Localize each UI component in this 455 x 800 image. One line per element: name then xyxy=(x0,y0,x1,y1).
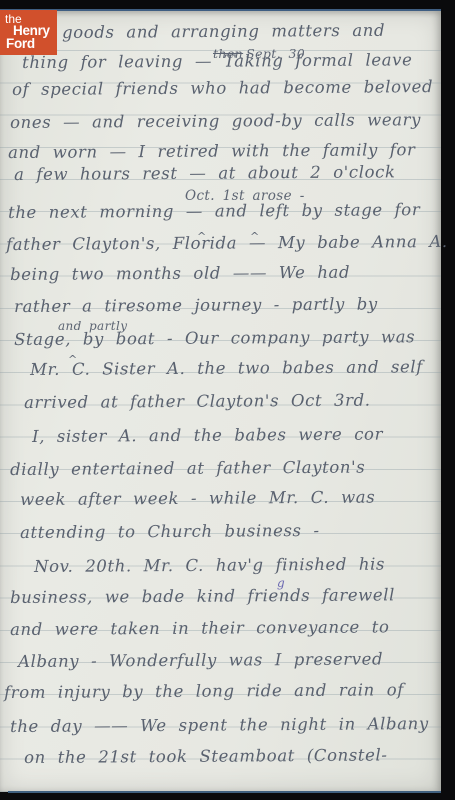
insertion-text: Oct. 1st arose - xyxy=(185,188,305,204)
insertion-text: and partly xyxy=(58,319,127,333)
journal-page: goods and arranging matters and thing fo… xyxy=(0,9,441,792)
manuscript-insertion-date: thenSept. 30 xyxy=(213,48,305,61)
manuscript-insertion-oct1: Oct. 1st arose - xyxy=(185,190,305,204)
manuscript-line: from injury by the long ride and rain of xyxy=(4,682,404,701)
manuscript-line: Nov. 20th. Mr. C. hav'g finished his xyxy=(34,557,385,576)
manuscript-line: and worn — I retired with the family for xyxy=(8,142,416,161)
manuscript-line: being two months old —— We had xyxy=(10,265,350,284)
manuscript-line: on the 21st took Steamboat (Constel- xyxy=(24,747,388,766)
manuscript-line: the next morning — and left by stage for xyxy=(8,202,420,221)
henry-ford-logo: the Henry Ford xyxy=(0,10,57,55)
logo-text-ford: Ford xyxy=(6,36,35,51)
manuscript-line: father Clayton's, Florida — My babe Anna… xyxy=(6,234,448,254)
manuscript-line: business, we bade kind friends farewell xyxy=(10,587,395,606)
manuscript-line: attending to Church business - xyxy=(20,523,320,542)
page-bottom-edge xyxy=(8,791,441,793)
manuscript-line: of special friends who had become belove… xyxy=(12,79,433,98)
manuscript-line: Albany - Wonderfully was I preserved xyxy=(18,651,383,670)
manuscript-line: and were taken in their conveyance to xyxy=(10,619,390,638)
manuscript-line: a few hours rest — at about 2 o'clock xyxy=(14,164,396,183)
struck-word: then xyxy=(213,46,243,61)
manuscript-line: goods and arranging matters and xyxy=(62,23,385,42)
caret-mark: ^ xyxy=(197,231,206,242)
manuscript-insertion-andpartly: and partly xyxy=(58,320,127,332)
manuscript-line: rather a tiresome journey - partly by xyxy=(14,296,378,315)
manuscript-line: arrived at father Clayton's Oct 3rd. xyxy=(24,393,371,412)
manuscript-line: I, sister A. and the babes were cor xyxy=(32,427,383,446)
manuscript-line: week after week - while Mr. C. was xyxy=(20,490,375,509)
insertion-text: Sept. 30 xyxy=(246,46,305,61)
manuscript-line: ones — and receiving good-by calls weary xyxy=(10,112,421,131)
blue-ink-mark: g xyxy=(277,577,285,589)
manuscript-line: the day —— We spent the night in Albany xyxy=(10,716,429,735)
caret-mark: ^ xyxy=(68,354,77,365)
manuscript-line: dially entertained at father Clayton's xyxy=(10,460,365,479)
caret-mark: ^ xyxy=(250,231,259,242)
photo-backdrop: goods and arranging matters and thing fo… xyxy=(0,0,455,800)
manuscript-line: Mr. C. Sister A. the two babes and self xyxy=(30,359,423,378)
